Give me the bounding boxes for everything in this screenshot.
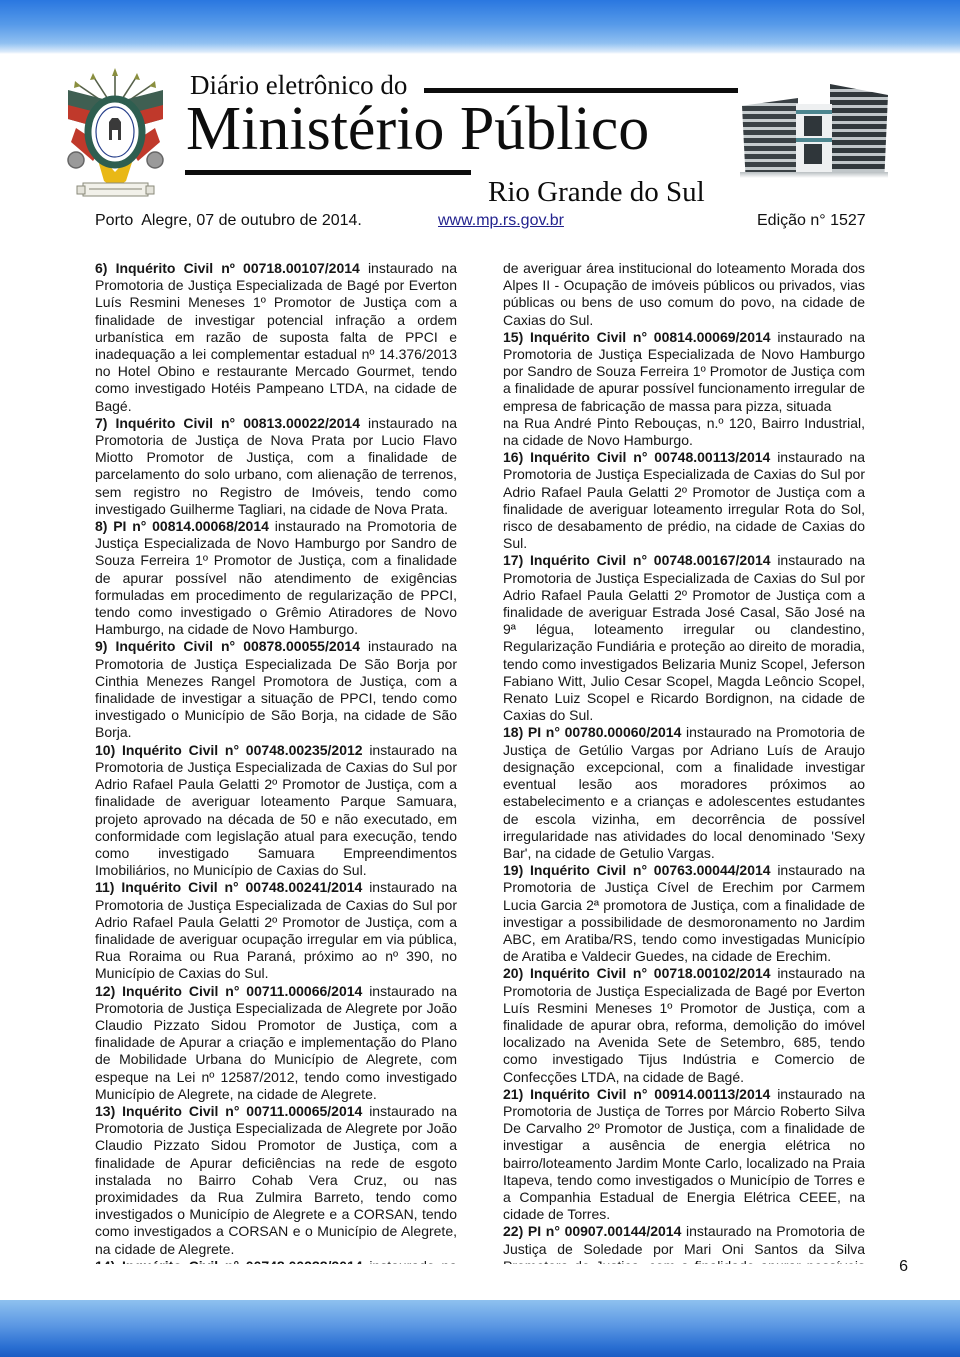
inquiry-item-number: 21) Inquérito Civil n° 00914.00113/2014 — [503, 1086, 777, 1102]
masthead: Diário eletrônico do Ministério Público … — [0, 54, 960, 214]
inquiry-item-number: 19) Inquérito Civil n° 00763.00044/2014 — [503, 862, 777, 878]
inquiry-item-number: 14) Inquérito Civil n° 00748.00238/2014 — [95, 1258, 369, 1264]
inquiry-item: 21) Inquérito Civil n° 00914.00113/2014 … — [503, 1086, 865, 1224]
inquiry-item: 19) Inquérito Civil n° 00763.00044/2014 … — [503, 862, 865, 965]
building-ledge — [796, 138, 832, 142]
inquiry-item: 17) Inquérito Civil n° 00748.00167/2014 … — [503, 552, 865, 724]
right-column: de averiguar área institucional do lotea… — [503, 260, 865, 1264]
masthead-rule-bottom — [185, 170, 471, 175]
inquiry-item: 22) PI n° 00907.00144/2014 instaurado na… — [503, 1223, 865, 1264]
inquiry-item-number: 6) Inquérito Civil nº 00718.00107/2014 — [95, 260, 368, 276]
inquiry-item: de averiguar área institucional do lotea… — [503, 260, 865, 329]
inquiry-item-number: 10) Inquérito Civil n° 00748.00235/2012 — [95, 742, 369, 758]
building-ledge — [796, 110, 832, 114]
body-columns: 6) Inquérito Civil nº 00718.00107/2014 i… — [95, 260, 865, 1264]
building-left-tower — [742, 98, 798, 176]
inquiry-item: 8) PI n° 00814.00068/2014 instaurado na … — [95, 518, 457, 638]
inquiry-item-number: 20) Inquérito Civil n° 00718.00102/2014 — [503, 965, 777, 981]
inquiry-item: 14) Inquérito Civil n° 00748.00238/2014 … — [95, 1258, 457, 1264]
inquiry-item: 9) Inquérito Civil n° 00878.00055/2014 i… — [95, 638, 457, 741]
inquiry-item-number: 17) Inquérito Civil n° 00748.00167/2014 — [503, 552, 777, 568]
edition-number: Edição n° 1527 — [757, 212, 866, 230]
document-page: Diário eletrônico do Ministério Público … — [0, 0, 960, 1357]
left-column: 6) Inquérito Civil nº 00718.00107/2014 i… — [95, 260, 457, 1264]
issue-info-row: Porto Alegre, 07 de outubro de 2014. www… — [0, 212, 960, 236]
inquiry-item-number: 22) PI n° 00907.00144/2014 — [503, 1223, 686, 1239]
inquiry-item: 7) Inquérito Civil n° 00813.00022/2014 i… — [95, 415, 457, 518]
headquarters-building-image — [738, 82, 890, 178]
page-number: 6 — [899, 1258, 908, 1276]
inquiry-item-number: 18) PI n° 00780.00060/2014 — [503, 724, 686, 740]
masthead-title: Ministério Público — [186, 94, 649, 165]
masthead-rule-top — [424, 88, 738, 93]
inquiry-item-number: 12) Inquérito Civil n° 00711.00066/2014 — [95, 983, 369, 999]
inquiry-item: 16) Inquérito Civil n° 00748.00113/2014 … — [503, 449, 865, 552]
inquiry-item-number: 7) Inquérito Civil n° 00813.00022/2014 — [95, 415, 368, 431]
inquiry-item: 15) Inquérito Civil n° 00814.00069/2014 … — [503, 329, 865, 449]
inquiry-item-number: 16) Inquérito Civil n° 00748.00113/2014 — [503, 449, 777, 465]
inquiry-item-number: 8) PI n° 00814.00068/2014 — [95, 518, 275, 534]
masthead-subtitle: Rio Grande do Sul — [488, 176, 705, 209]
inquiry-item-number: 13) Inquérito Civil n° 00711.00065/2014 — [95, 1103, 369, 1119]
building-window — [804, 144, 822, 164]
state-coat-of-arms-logo — [63, 68, 168, 210]
inquiry-item: 20) Inquérito Civil n° 00718.00102/2014 … — [503, 965, 865, 1085]
inquiry-item: 12) Inquérito Civil n° 00711.00066/2014 … — [95, 983, 457, 1103]
inquiry-item-number: 15) Inquérito Civil n° 00814.00069/2014 — [503, 329, 777, 345]
building-right-tower — [830, 84, 888, 176]
inquiry-item: 18) PI n° 00780.00060/2014 instaurado na… — [503, 724, 865, 862]
bottom-gradient-band — [0, 1300, 960, 1357]
building-shadow — [740, 172, 888, 178]
inquiry-item: 13) Inquérito Civil n° 00711.00065/2014 … — [95, 1103, 457, 1258]
inquiry-item: 11) Inquérito Civil n° 00748.00241/2014 … — [95, 879, 457, 982]
inquiry-item: 6) Inquérito Civil nº 00718.00107/2014 i… — [95, 260, 457, 415]
inquiry-item-number: 11) Inquérito Civil n° 00748.00241/2014 — [95, 879, 369, 895]
inquiry-item: 10) Inquérito Civil n° 00748.00235/2012 … — [95, 742, 457, 880]
inquiry-item-number: 9) Inquérito Civil n° 00878.00055/2014 — [95, 638, 368, 654]
website-link[interactable]: www.mp.rs.gov.br — [438, 212, 564, 230]
building-window — [804, 116, 822, 136]
top-gradient-band — [0, 0, 960, 54]
publication-date: Porto Alegre, 07 de outubro de 2014. — [95, 212, 362, 230]
